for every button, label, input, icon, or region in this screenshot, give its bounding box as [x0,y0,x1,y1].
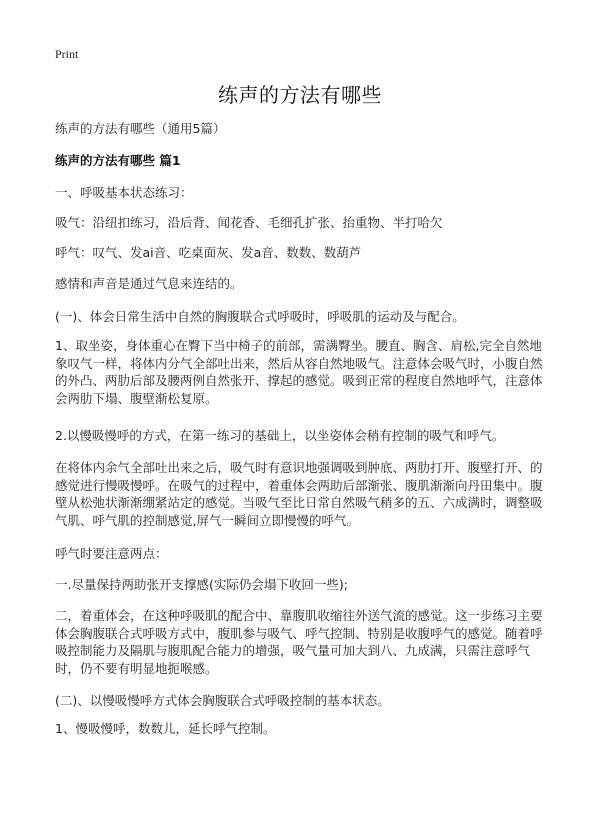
paragraph: 一.尽量保持两助张开支撑感(实际仍会塌下收回一些); [55,576,550,594]
paragraph: 呼气：叹气、发ai音、吃桌面灰、发a音、数数、数葫芦 [55,244,550,262]
paragraph: 一、呼吸基本状态练习： [55,184,550,202]
paragraph: (二)、以慢吸慢呼方式体会胸腹联合式呼吸控制的基本状态。 [55,692,550,710]
document-page: Print 练声的方法有哪些 练声的方法有哪些（通用5篇） 练声的方法有哪些 篇… [0,0,600,828]
paragraph: 感情和声音是通过气息来连结的。 [55,275,550,293]
document-subtitle: 练声的方法有哪些（通用5篇） [55,120,550,138]
paragraph: 1、取坐姿，身体重心在臀下当中椅子的前部，需满臀坐。腰直、胸含、肩松,完全自然地… [55,337,550,407]
page-title: 练声的方法有哪些 [0,79,600,108]
paragraph: 呼气时要注意两点： [55,545,550,563]
paragraph: (一)、体会日常生活中自然的胸腹联合式呼吸时，呼吸肌的运动及与配合。 [55,308,550,326]
print-label[interactable]: Print [55,47,78,62]
paragraph: 在将体内余气全部吐出来之后，吸气时有意识地强调吸到肿底、两肋打开、腹壁打开、的感… [55,459,550,529]
section-heading: 练声的方法有哪些 篇1 [55,152,550,170]
paragraph: 1、慢吸慢呼，数数儿，延长呼气控制。 [55,720,550,738]
paragraph: 二，着重体会，在这种呼吸肌的配合中、靠腹肌收缩往外送气流的感觉。这一步练习主要体… [55,607,550,677]
paragraph: 吸气：沿纽扣练习，沿后背、闻花香、毛细孔扩张、抬重物、半打哈欠 [55,214,550,232]
paragraph: 2.以慢吸慢呼的方式，在第一练习的基础上，以坐姿体会稍有控制的吸气和呼气。 [55,427,550,445]
